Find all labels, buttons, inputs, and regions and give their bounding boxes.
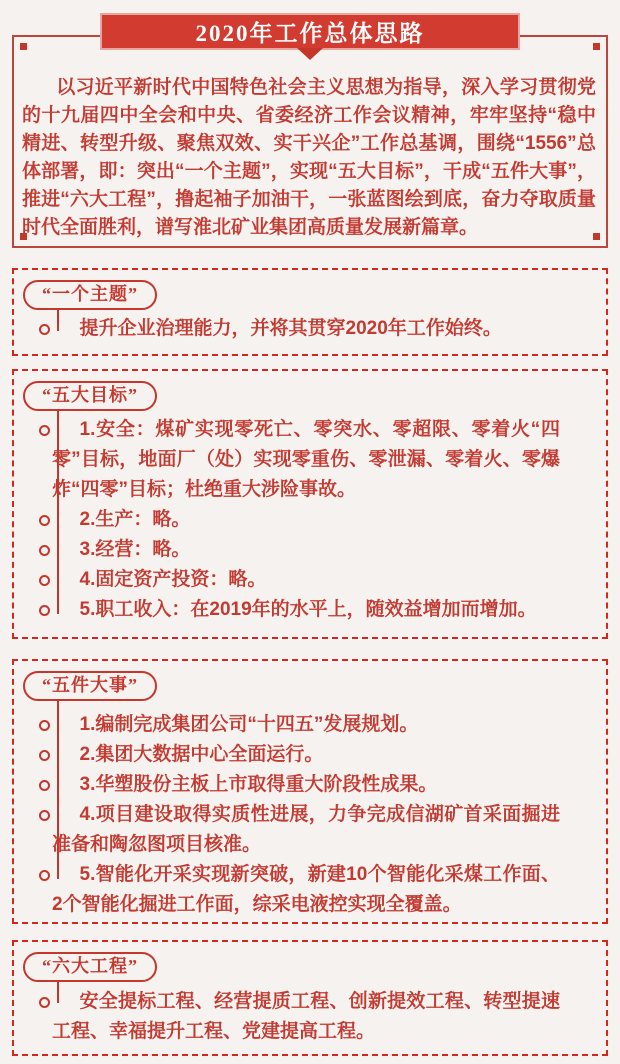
timeline-dot [39,324,50,335]
timeline-dot [39,425,50,436]
item-text: 2.生产：略。 [52,505,560,535]
corner-ornament [593,43,600,50]
section-title-badge: “一个主题” [23,280,157,310]
item-text: 5.职工收入：在2019年的水平上，随效益增加而增加。 [52,595,560,625]
section-six-projects: “六大工程” 安全提标工程、经营提质工程、创新提效工程、转型提速工程、幸福提升工… [12,940,608,1056]
timeline-dot [39,515,50,526]
section-title: “五件大事” [42,675,138,695]
item-text: 5.智能化开采实现新突破，新建10个智能化采煤工作面、2个智能化掘进工作面，综采… [52,860,560,920]
item-text: 3.华塑股份主板上市取得重大阶段性成果。 [52,770,560,800]
item-text: 安全提标工程、经营提质工程、创新提效工程、转型提速工程、幸福提升工程、党建提高工… [52,987,560,1047]
item-text: 1.安全：煤矿实现零死亡、零突水、零超限、零着火“四零”目标，地面厂（处）实现零… [52,415,560,505]
section-title: “六大工程” [42,956,138,976]
timeline-item: 2.生产：略。 [52,505,560,535]
timeline-item: 3.经营：略。 [52,535,560,565]
section-title-badge: “五大目标” [23,381,157,411]
intro-box: 以习近平新时代中国特色社会主义思想为指导，深入学习贯彻党的十九届四中全会和中央、… [12,35,608,248]
corner-ornament [20,233,27,240]
section-title-badge: “六大工程” [23,952,157,982]
section-title: “一个主题” [42,284,138,304]
page-title: 2020年工作总体思路 [196,15,425,48]
timeline-item: 1.编制完成集团公司“十四五”发展规划。 [52,710,560,740]
section-title-badge: “五件大事” [23,671,157,701]
timeline-item: 5.职工收入：在2019年的水平上，随效益增加而增加。 [52,595,560,625]
timeline-item: 安全提标工程、经营提质工程、创新提效工程、转型提速工程、幸福提升工程、党建提高工… [52,987,560,1047]
intro-text: 以习近平新时代中国特色社会主义思想为指导，深入学习贯彻党的十九届四中全会和中央、… [22,74,596,242]
timeline-dot [39,810,50,821]
section-one-theme: “一个主题” 提升企业治理能力，并将其贯穿2020年工作始终。 [12,268,608,356]
item-text: 提升企业治理能力，并将其贯穿2020年工作始终。 [52,314,560,344]
item-text: 4.固定资产投资：略。 [52,565,560,595]
title-banner: 2020年工作总体思路 [100,13,520,50]
item-text: 2.集团大数据中心全面运行。 [52,740,560,770]
section-item-list: 1.安全：煤矿实现零死亡、零突水、零超限、零着火“四零”目标，地面厂（处）实现零… [52,415,560,625]
timeline-dot [39,605,50,616]
timeline-line [57,409,59,614]
item-text: 1.编制完成集团公司“十四五”发展规划。 [52,710,560,740]
timeline-dot [39,720,50,731]
timeline-item: 5.智能化开采实现新突破，新建10个智能化采煤工作面、2个智能化掘进工作面，综采… [52,860,560,920]
section-title: “五大目标” [42,385,138,405]
timeline-dot [39,997,50,1008]
section-five-goals: “五大目标” 1.安全：煤矿实现零死亡、零突水、零超限、零着火“四零”目标，地面… [12,369,608,639]
timeline-dot [39,545,50,556]
section-five-events: “五件大事” 1.编制完成集团公司“十四五”发展规划。 2.集团大数据中心全面运… [12,659,608,924]
timeline-dot [39,575,50,586]
item-text: 3.经营：略。 [52,535,560,565]
timeline-item: 1.安全：煤矿实现零死亡、零突水、零超限、零着火“四零”目标，地面厂（处）实现零… [52,415,560,505]
section-item-list: 安全提标工程、经营提质工程、创新提效工程、转型提速工程、幸福提升工程、党建提高工… [52,987,560,1047]
timeline-dot [39,780,50,791]
timeline-item: 4.项目建设取得实质性进展，力争完成信湖矿首采面掘进准备和陶忽图项目核准。 [52,800,560,860]
timeline-dot [39,750,50,761]
timeline-item: 提升企业治理能力，并将其贯穿2020年工作始终。 [52,314,560,344]
corner-ornament [593,233,600,240]
section-item-list: 1.编制完成集团公司“十四五”发展规划。 2.集团大数据中心全面运行。 3.华塑… [52,710,560,920]
item-text: 4.项目建设取得实质性进展，力争完成信湖矿首采面掘进准备和陶忽图项目核准。 [52,800,560,860]
timeline-item: 2.集团大数据中心全面运行。 [52,740,560,770]
timeline-line [57,699,59,879]
timeline-item: 4.固定资产投资：略。 [52,565,560,595]
timeline-dot [39,870,50,881]
corner-ornament [20,43,27,50]
timeline-item: 3.华塑股份主板上市取得重大阶段性成果。 [52,770,560,800]
section-item-list: 提升企业治理能力，并将其贯穿2020年工作始终。 [52,314,560,344]
